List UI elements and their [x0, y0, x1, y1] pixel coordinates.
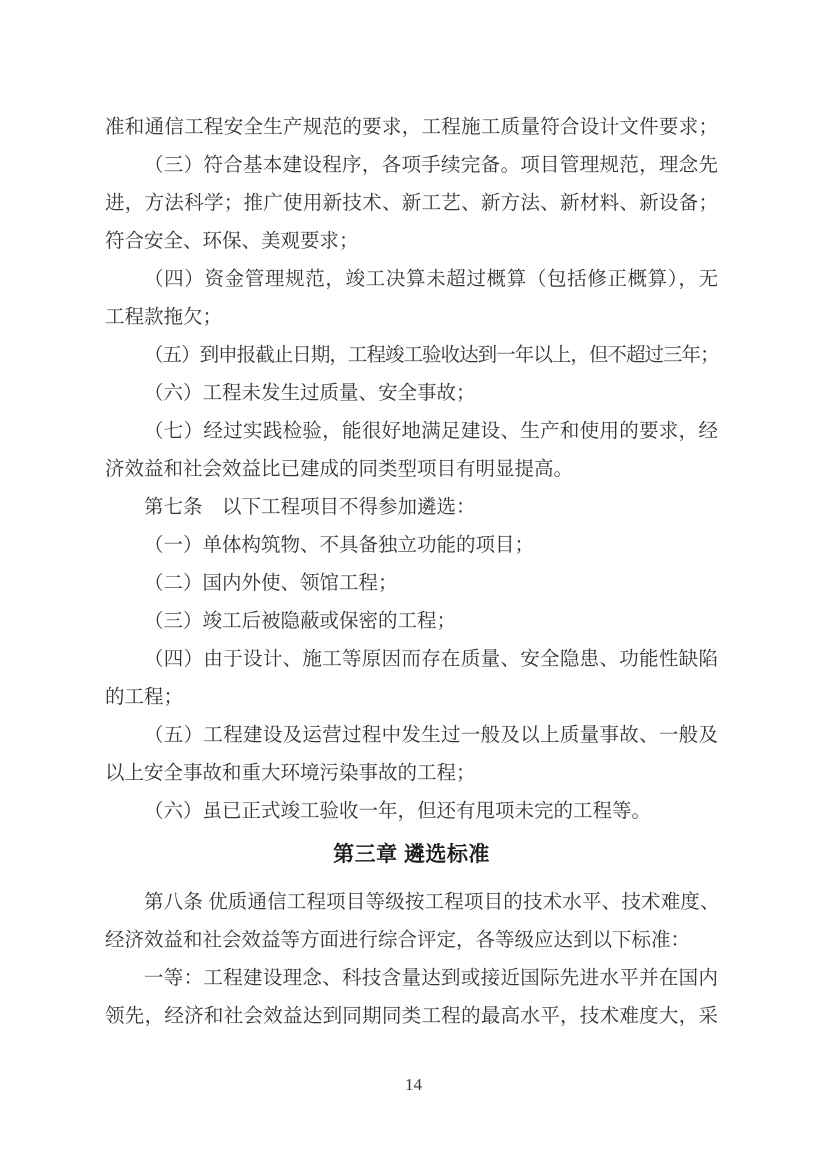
text-line: 领先，经济和社会效益达到同期同类工程的最高水平，技术难度大，采 — [105, 998, 718, 1036]
text-line: 经济效益和社会效益等方面进行综合评定，各等级应达到以下标准： — [105, 922, 718, 960]
text-line: 以上安全事故和重大环境污染事故的工程； — [105, 755, 718, 793]
text-line: （四）资金管理规范，竣工决算未超过概算（包括修正概算），无 — [105, 261, 718, 299]
text-line: （五）到申报截止日期，工程竣工验收达到一年以上，但不超过三年； — [105, 337, 718, 375]
text-line: 进，方法科学；推广使用新技术、新工艺、新方法、新材料、新设备； — [105, 185, 718, 223]
text-line: 的工程； — [105, 679, 718, 717]
document-body: 准和通信工程安全生产规范的要求，工程施工质量符合设计文件要求； （三）符合基本建… — [105, 109, 718, 1036]
text-line: （四）由于设计、施工等原因而存在质量、安全隐患、功能性缺陷 — [105, 641, 718, 679]
text-line: （六）虽已正式竣工验收一年，但还有甩项未完的工程等。 — [105, 793, 718, 831]
text-line: （二）国内外使、领馆工程； — [105, 565, 718, 603]
chapter-heading: 第三章 遴选标准 — [105, 836, 718, 874]
text-line: 一等：工程建设理念、科技含量达到或接近国际先进水平并在国内 — [105, 960, 718, 998]
text-line: 济效益和社会效益比已建成的同类型项目有明显提高。 — [105, 451, 718, 489]
text-line: （一）单体构筑物、不具备独立功能的项目； — [105, 527, 718, 565]
text-line: 第七条 以下工程项目不得参加遴选： — [105, 489, 718, 527]
text-line: （七）经过实践检验，能很好地满足建设、生产和使用的要求，经 — [105, 413, 718, 451]
text-line: （三）符合基本建设程序，各项手续完备。项目管理规范，理念先 — [105, 147, 718, 185]
text-line: （三）竣工后被隐蔽或保密的工程； — [105, 603, 718, 641]
text-line: 第八条 优质通信工程项目等级按工程项目的技术水平、技术难度、 — [105, 884, 718, 922]
text-line: （五）工程建设及运营过程中发生过一般及以上质量事故、一般及 — [105, 717, 718, 755]
text-line: 准和通信工程安全生产规范的要求，工程施工质量符合设计文件要求； — [105, 109, 718, 147]
text-line: 工程款拖欠； — [105, 299, 718, 337]
text-line: 符合安全、环保、美观要求； — [105, 223, 718, 261]
page-number: 14 — [0, 1070, 827, 1100]
document-page: 准和通信工程安全生产规范的要求，工程施工质量符合设计文件要求； （三）符合基本建… — [0, 0, 827, 1169]
text-line: （六）工程未发生过质量、安全事故； — [105, 375, 718, 413]
